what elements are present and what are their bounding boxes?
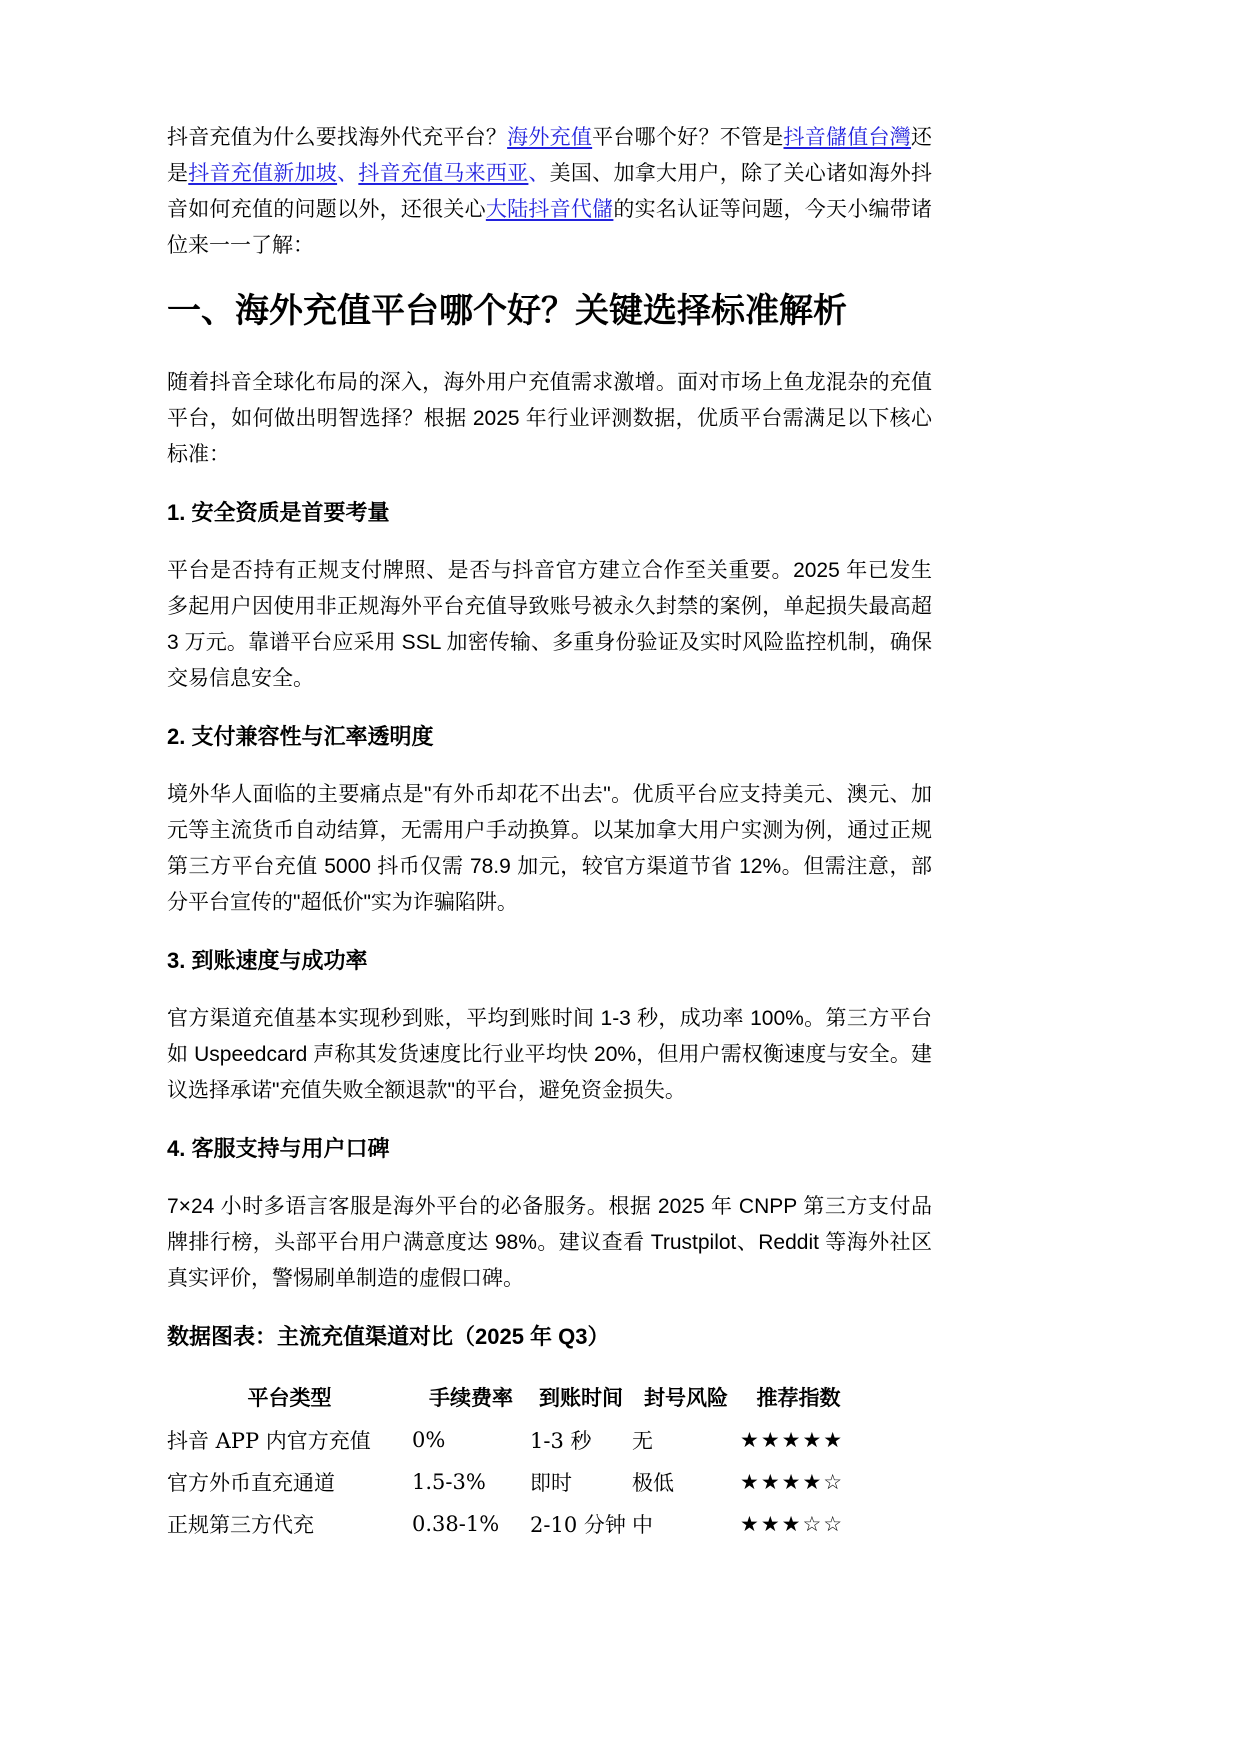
section-heading-1: 1. 安全资质是首要考量: [167, 499, 932, 527]
table-cell: 正规第三方代充: [167, 1503, 412, 1545]
comparison-table-title: 数据图表：主流充值渠道对比（2025 年 Q3）: [167, 1323, 932, 1351]
text-run: 、: [337, 162, 358, 185]
table-cell: 抖音 APP 内官方充值: [167, 1419, 412, 1461]
table-cell: 无: [632, 1419, 740, 1461]
section-heading-2: 2. 支付兼容性与汇率透明度: [167, 723, 932, 751]
comparison-table-head: 平台类型手续费率到账时间封号风险推荐指数: [167, 1377, 857, 1419]
inline-link[interactable]: 抖音充值新加坡: [188, 162, 337, 185]
comparison-table-body: 抖音 APP 内官方充值0%1-3 秒无★★★★★官方外币直充通道1.5-3%即…: [167, 1419, 857, 1545]
inline-link[interactable]: 大陆抖音代儲: [486, 198, 614, 221]
table-header-cell: 封号风险: [632, 1377, 740, 1419]
inline-link[interactable]: 海外充值: [507, 126, 592, 149]
section-heading-4: 4. 客服支持与用户口碑: [167, 1135, 932, 1163]
table-row: 官方外币直充通道1.5-3%即时极低★★★★☆: [167, 1461, 857, 1503]
table-header-cell: 到账时间: [530, 1377, 632, 1419]
table-cell: 中: [632, 1503, 740, 1545]
rating-stars: ★★★★★: [740, 1419, 857, 1461]
table-header-row: 平台类型手续费率到账时间封号风险推荐指数: [167, 1377, 857, 1419]
table-cell: 1.5-3%: [412, 1461, 530, 1503]
table-header-cell: 推荐指数: [740, 1377, 857, 1419]
section-body-2: 境外华人面临的主要痛点是"有外币却花不出去"。优质平台应支持美元、澳元、加元等主…: [167, 777, 932, 921]
section-body-3: 官方渠道充值基本实现秒到账，平均到账时间 1-3 秒，成功率 100%。第三方平…: [167, 1001, 932, 1109]
lead-paragraph: 随着抖音全球化布局的深入，海外用户充值需求激增。面对市场上鱼龙混杂的充值平台，如…: [167, 365, 932, 473]
section-body-4: 7×24 小时多语言客服是海外平台的必备服务。根据 2025 年 CNPP 第三…: [167, 1189, 932, 1297]
text-run: 抖音充值为什么要找海外代充平台？: [167, 126, 507, 149]
table-cell: 0.38-1%: [412, 1503, 530, 1545]
section-heading-3: 3. 到账速度与成功率: [167, 947, 932, 975]
table-cell: 2-10 分钟: [530, 1503, 632, 1545]
section-body-1: 平台是否持有正规支付牌照、是否与抖音官方建立合作至关重要。2025 年已发生多起…: [167, 553, 932, 697]
table-cell: 0%: [412, 1419, 530, 1461]
comparison-table: 平台类型手续费率到账时间封号风险推荐指数 抖音 APP 内官方充值0%1-3 秒…: [167, 1377, 857, 1545]
rating-stars: ★★★☆☆: [740, 1503, 857, 1545]
table-cell: 1-3 秒: [530, 1419, 632, 1461]
rating-stars: ★★★★☆: [740, 1461, 857, 1503]
text-run: 、: [528, 162, 549, 185]
inline-link[interactable]: 抖音儲值台灣: [783, 126, 911, 149]
table-header-cell: 平台类型: [167, 1377, 412, 1419]
table-header-cell: 手续费率: [412, 1377, 530, 1419]
table-cell: 即时: [530, 1461, 632, 1503]
text-run: 平台哪个好？不管是: [592, 126, 783, 149]
table-row: 抖音 APP 内官方充值0%1-3 秒无★★★★★: [167, 1419, 857, 1461]
table-row: 正规第三方代充0.38-1%2-10 分钟中★★★☆☆: [167, 1503, 857, 1545]
document-page: 抖音充值为什么要找海外代充平台？海外充值平台哪个好？不管是抖音儲值台灣还是抖音充…: [0, 0, 1241, 1605]
intro-paragraph: 抖音充值为什么要找海外代充平台？海外充值平台哪个好？不管是抖音儲值台灣还是抖音充…: [167, 120, 932, 264]
inline-link[interactable]: 抖音充值马来西亚: [358, 162, 528, 185]
table-cell: 极低: [632, 1461, 740, 1503]
table-cell: 官方外币直充通道: [167, 1461, 412, 1503]
main-heading: 一、海外充值平台哪个好？关键选择标准解析: [167, 290, 932, 335]
